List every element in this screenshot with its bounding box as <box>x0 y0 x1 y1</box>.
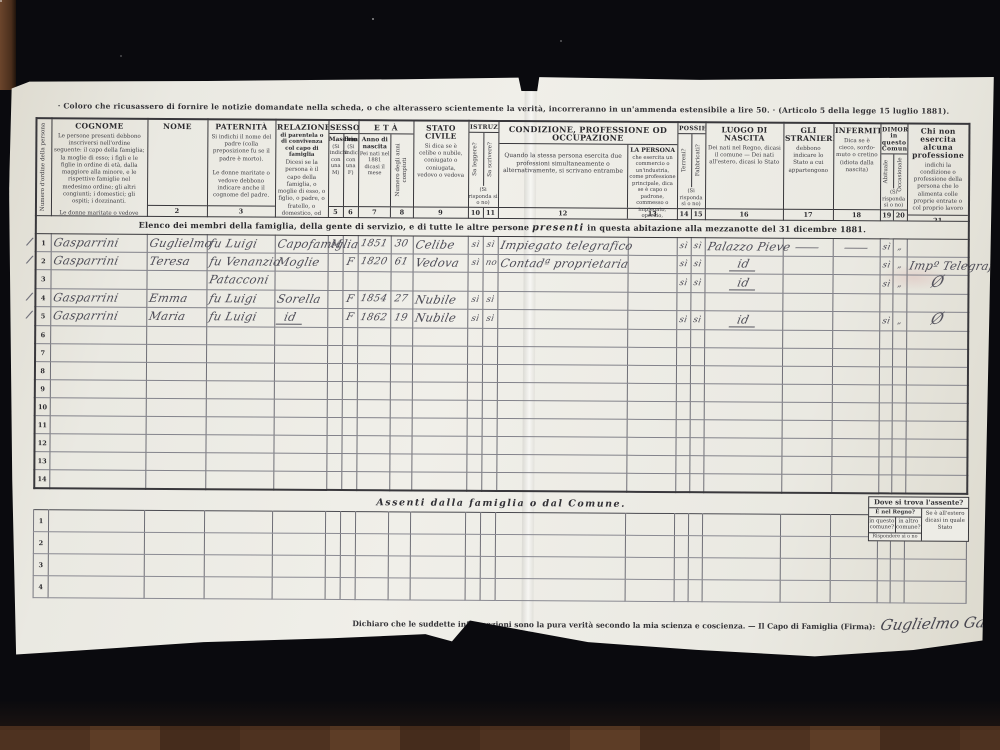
cell-m <box>327 381 342 399</box>
cell-f <box>342 346 357 364</box>
cell-scrive <box>482 272 497 291</box>
cell-legge: sì <box>467 309 482 328</box>
cell-stato <box>412 328 467 346</box>
cell-paternita: fu Venanzio <box>207 253 275 271</box>
cell-scrive <box>482 346 497 364</box>
cell-occasionale <box>891 475 905 494</box>
cell-fabbricati <box>690 348 704 366</box>
cell-legge <box>467 418 482 436</box>
cell-terreni: sì <box>677 256 691 274</box>
cell-abituale: sì <box>880 239 893 257</box>
cell-scrive: sì <box>483 236 498 254</box>
cell-abituale <box>878 475 891 494</box>
handwritten-entry: fu Luigi <box>208 236 259 250</box>
cell-n: 12 <box>34 434 49 452</box>
cell-f <box>341 454 356 472</box>
cell-terreni <box>676 402 690 420</box>
pencil-tick: / <box>26 253 33 267</box>
assenti-rows: 1234 <box>33 510 967 604</box>
cell-paternita <box>206 399 274 417</box>
handwritten-entry: 1851 <box>360 238 389 249</box>
cell-terreni <box>676 366 690 384</box>
cell-relazione <box>274 399 327 417</box>
cell-cond <box>497 328 627 347</box>
cell-cond2 <box>626 437 675 455</box>
cell-nome <box>145 470 205 489</box>
cell-paternita <box>205 435 273 453</box>
assenti-cell-stranieri <box>780 580 830 602</box>
cell-anni <box>390 272 412 291</box>
handwritten-entry: Emma <box>147 290 188 304</box>
column-header-chi-non-esercita: Chi non esercita alcuna professione indi… <box>907 123 970 221</box>
handwritten-entry: M <box>329 237 343 249</box>
cell-fabbricati: sì <box>691 238 705 256</box>
cell-abituale <box>879 367 892 385</box>
column-header-istruzione: ISTRUZIONE Sa leggere? Sa scrivere? (Si … <box>468 121 499 219</box>
cell-m <box>327 417 342 435</box>
cell-relazione <box>273 435 326 453</box>
assenti-cell-stranieri <box>780 558 830 580</box>
cell-paternita <box>206 363 274 381</box>
cell-luogo <box>704 366 782 384</box>
cell-chi: Ø <box>907 275 969 294</box>
cell-fabbricati <box>690 384 704 402</box>
assenti-cell-n: 1 <box>33 510 48 532</box>
cell-cognome <box>50 270 146 290</box>
cell-occasionale: „ <box>892 312 906 331</box>
assenti-cell-nome <box>144 576 204 598</box>
cell-scrive <box>481 436 496 454</box>
cell-luogo <box>704 384 782 402</box>
assenti-cell-m <box>325 577 340 599</box>
cell-scrive <box>482 364 497 382</box>
assenti-cell-m <box>325 511 340 533</box>
cell-luogo <box>704 438 782 456</box>
assenti-cell-paternita <box>204 511 272 533</box>
cell-fabbricati <box>690 293 704 311</box>
cell-cognome <box>49 434 145 453</box>
cell-relazione <box>274 363 327 381</box>
assenti-cell-relazione <box>272 533 325 555</box>
assenti-cell-cond2 <box>625 579 674 601</box>
head-of-family-signature: Guglielmo Gasparrini <box>879 611 1000 634</box>
cell-n: 11 <box>35 416 50 434</box>
wood-shadow <box>0 700 1000 730</box>
cell-scrive <box>482 400 497 418</box>
cell-cond: Contadª proprietaria <box>498 254 628 273</box>
cell-legge <box>467 272 482 291</box>
cell-infermita <box>831 475 878 494</box>
assenti-cell-paternita <box>204 533 272 555</box>
cell-scrive <box>482 382 497 400</box>
column-header-stato-civile: STATO CIVILE Si dica se è celibe o nubil… <box>413 120 469 218</box>
cell-n: 7 <box>35 344 50 362</box>
cell-occasionale: „ <box>893 257 907 275</box>
handwritten-entry: „ <box>896 279 903 289</box>
assenti-cell-stranieri <box>780 514 830 536</box>
cell-stranieri <box>782 348 832 366</box>
cell-stato <box>411 454 466 472</box>
cell-n: 8 <box>35 362 50 380</box>
cell-abituale <box>879 331 892 349</box>
cell-stranieri <box>782 420 832 438</box>
cell-abituale <box>879 403 892 421</box>
cell-luogo <box>703 474 781 493</box>
cell-anno <box>356 472 389 491</box>
cell-infermita <box>832 421 879 439</box>
handwritten-entry: Gasparrini <box>52 235 120 249</box>
cell-cond2 <box>627 419 676 437</box>
cell-chi <box>906 349 968 367</box>
cell-nome <box>145 434 205 452</box>
assenti-cell-fabbricati <box>688 580 702 602</box>
cell-abituale <box>879 439 892 457</box>
cell-scrive: no <box>483 254 498 272</box>
handwritten-entry: Capofamiglia <box>276 236 360 250</box>
assenti-cell-cond2 <box>625 513 674 535</box>
cell-anno <box>357 400 390 418</box>
cell-luogo <box>704 348 782 366</box>
handwritten-entry: sì <box>485 295 495 305</box>
cell-luogo: id <box>704 311 782 330</box>
cell-luogo: Palazzo Pieve <box>705 238 783 256</box>
cell-stato <box>411 436 466 454</box>
cell-infermita <box>833 257 880 275</box>
assenti-cell-cond2 <box>625 557 674 579</box>
main-census-table: Numero d'ordine della persona COGNOME Le… <box>33 117 970 495</box>
cell-chi <box>907 239 969 257</box>
column-header-dimora: DIMORA in questo Comune Abituale Occasio… <box>880 123 908 221</box>
handwritten-entry: sì <box>881 279 891 289</box>
assenti-cell-paternita <box>204 577 272 599</box>
cell-abituale: sì <box>879 312 892 331</box>
cell-occasionale <box>892 367 906 385</box>
cell-scrive <box>481 454 496 472</box>
cell-abituale <box>879 385 892 403</box>
assenti-cell-cond <box>495 534 625 557</box>
cell-stato <box>412 400 467 418</box>
cell-anno <box>357 272 390 291</box>
cell-cognome: Gasparrini <box>50 289 146 308</box>
cell-paternita: Patacconi <box>206 271 274 290</box>
assenti-cell-legge <box>465 578 480 600</box>
census-sheet: · Coloro che ricusassero di fornire le n… <box>6 71 996 661</box>
assenti-cell-cond <box>495 512 625 535</box>
cell-anni <box>390 364 412 382</box>
assenti-cell-n: 4 <box>33 576 48 598</box>
cell-infermita <box>832 385 879 403</box>
handwritten-entry: sì <box>485 313 495 323</box>
cell-anno <box>357 382 390 400</box>
cell-terreni <box>675 456 689 474</box>
cell-relazione <box>274 327 327 345</box>
handwritten-entry: — <box>792 239 824 253</box>
cell-chi <box>906 331 968 349</box>
assenti-cell-terreni <box>674 514 688 536</box>
cell-cond <box>496 436 626 455</box>
cell-terreni <box>676 384 690 402</box>
assenti-cell-luogo <box>702 558 780 580</box>
cell-terreni: sì <box>676 311 690 330</box>
cell-paternita <box>206 327 274 345</box>
cell-anno <box>357 328 390 346</box>
cell-cond <box>497 291 627 310</box>
census-rows: 1/GasparriniGuglielmofu LuigiCapofamigli… <box>34 234 969 494</box>
assenti-cell-fabbricati <box>688 558 702 580</box>
cell-occasionale <box>891 457 905 475</box>
handwritten-entry: „ <box>896 316 903 326</box>
cell-stranieri <box>782 311 832 330</box>
cell-n: 4/ <box>35 289 50 307</box>
cell-occasionale <box>892 294 906 312</box>
assenti-cell-relazione <box>272 511 325 533</box>
handwritten-entry: Ø <box>929 309 945 329</box>
declaration-line: Dichiaro che le suddette informazioni so… <box>352 610 968 632</box>
cell-anno <box>357 346 390 364</box>
handwritten-entry: sì <box>693 241 703 251</box>
handwritten-entry: Palazzo Pieve <box>706 239 792 253</box>
assenti-cell-anno <box>355 556 388 578</box>
assenti-cell-occasionale <box>890 581 904 603</box>
cell-cognome <box>50 380 146 399</box>
cell-n: 1/ <box>36 234 51 252</box>
cell-f: F <box>342 291 357 309</box>
cell-legge <box>467 382 482 400</box>
cell-f: F <box>342 309 357 328</box>
assenti-cell-f <box>340 534 355 556</box>
cell-chi <box>906 385 968 403</box>
cell-f <box>342 382 357 400</box>
cell-stato <box>412 346 467 364</box>
cell-nome <box>146 362 206 380</box>
cell-m <box>327 308 342 327</box>
cell-terreni <box>676 438 690 456</box>
column-header-sesso: SESSO Maschio (Si indichi con una M) Fem… <box>328 120 359 218</box>
cell-chi <box>906 421 968 439</box>
handwritten-entry: fu Luigi <box>207 291 258 305</box>
handwritten-entry: id <box>275 309 304 324</box>
header-row: Numero d'ordine della persona COGNOME Le… <box>36 118 970 221</box>
cell-cond2 <box>627 383 676 401</box>
cell-m <box>327 271 342 290</box>
handwritten-entry: F <box>345 293 355 305</box>
cell-luogo <box>704 402 782 420</box>
cell-occasionale: „ <box>893 239 907 257</box>
cell-m <box>327 399 342 417</box>
handwritten-entry: 1820 <box>360 256 389 267</box>
assenti-cell-f <box>340 556 355 578</box>
cell-terreni: sì <box>677 238 691 256</box>
cell-n: 14 <box>34 470 49 489</box>
handwritten-entry: sì <box>693 259 703 269</box>
cell-terreni <box>676 330 690 348</box>
cell-cond2 <box>627 292 676 310</box>
assenti-cell-stato <box>410 578 465 600</box>
assenti-cell-legge <box>465 534 480 556</box>
handwritten-entry: sì <box>470 295 480 305</box>
cell-infermita <box>832 367 879 385</box>
cell-cognome <box>50 344 146 363</box>
cell-luogo <box>703 456 781 474</box>
cell-scrive <box>482 328 497 346</box>
assenti-cell-terreni <box>674 558 688 580</box>
assenti-cell-infermita <box>830 559 877 581</box>
cell-relazione <box>273 453 326 471</box>
census-photo: · Coloro che ricusassero di fornire le n… <box>0 0 1000 750</box>
cell-nome <box>146 380 206 398</box>
cell-cond <box>496 454 626 473</box>
column-header-condizione: CONDIZIONE, PROFESSIONE OD OCCUPAZIONE Q… <box>498 121 678 220</box>
handwritten-entry: Ø <box>929 272 945 292</box>
cell-f <box>341 472 356 491</box>
cell-legge <box>466 454 481 472</box>
cell-terreni <box>676 348 690 366</box>
cell-scrive <box>482 418 497 436</box>
cell-m <box>327 363 342 381</box>
handwritten-entry: Celibe <box>414 237 456 251</box>
cell-m <box>327 327 342 345</box>
handwritten-entry: Moglie <box>276 254 321 268</box>
cell-anno: 1851 <box>358 236 391 254</box>
cell-occasionale <box>892 349 906 367</box>
cell-terreni: sì <box>676 274 690 293</box>
cell-f <box>342 400 357 418</box>
cell-occasionale <box>892 331 906 349</box>
assenti-cell-scrive <box>480 578 495 600</box>
cell-f <box>342 328 357 346</box>
cell-relazione <box>274 417 327 435</box>
cell-cond2 <box>627 273 676 292</box>
assenti-cell-f <box>340 578 355 600</box>
cell-cognome <box>50 362 146 381</box>
column-header-infermita: INFERMITÀ Dica se è cieco, sordo-muto o … <box>833 123 881 221</box>
cell-legge: sì <box>468 254 483 272</box>
handwritten-entry: Gasparrini <box>51 308 119 322</box>
handwritten-entry: id <box>729 256 758 271</box>
handwritten-entry: Guglielmo <box>148 235 213 249</box>
cell-paternita: fu Luigi <box>207 235 275 253</box>
cell-infermita <box>831 457 878 475</box>
cell-infermita <box>833 275 880 294</box>
handwritten-entry: Gasparrini <box>51 290 119 304</box>
handwritten-entry: Maria <box>147 309 186 323</box>
assenti-cell-legge <box>465 512 480 534</box>
cell-nome <box>145 452 205 470</box>
cell-cond <box>497 272 627 292</box>
assenti-cell-occasionale <box>890 559 904 581</box>
cell-luogo <box>704 330 782 348</box>
cell-f <box>341 436 356 454</box>
assenti-cell-abituale <box>877 559 890 581</box>
penalty-instruction-line: · Coloro che ricusassero di fornire le n… <box>40 101 968 116</box>
assenti-cell-n: 3 <box>33 554 48 576</box>
cell-stranieri <box>781 474 831 493</box>
assenti-cell-stato <box>410 556 465 578</box>
assenti-cell-anni <box>388 512 410 534</box>
cell-chi <box>906 403 968 421</box>
cell-n: 9 <box>35 380 50 398</box>
column-header-eta: E T À Anno di nascita Pei nati nel 1881 … <box>358 120 414 218</box>
cell-cognome <box>50 326 146 345</box>
cell-cond2 <box>627 401 676 419</box>
assenti-cell-stato <box>410 512 465 534</box>
handwritten-entry: — <box>841 240 873 254</box>
cell-anni <box>390 382 412 400</box>
assenti-cell-luogo <box>702 514 780 536</box>
column-header-luogo-nascita: LUOGO DI NASCITA Dei nati nel Regno, dic… <box>705 122 784 220</box>
handwritten-entry: 1862 <box>359 312 388 323</box>
cell-cond2 <box>627 310 676 329</box>
cell-stranieri <box>783 274 833 293</box>
cell-m <box>326 453 341 471</box>
cell-f <box>342 364 357 382</box>
handwritten-entry: sì <box>679 241 689 251</box>
assenti-cell-chi <box>904 559 966 581</box>
assenti-cell-paternita <box>204 555 272 577</box>
cell-cond <box>497 418 627 437</box>
cell-anni: 19 <box>390 309 412 328</box>
assenti-cell-scrive <box>480 512 495 534</box>
cell-legge <box>467 346 482 364</box>
handwritten-entry: sì <box>693 278 703 288</box>
handwritten-entry: Teresa <box>148 253 192 267</box>
cell-anni: 30 <box>391 236 413 254</box>
cell-n: 5/ <box>35 307 50 326</box>
cell-stranieri <box>781 456 831 474</box>
cell-anno: 1820 <box>358 254 391 272</box>
handwritten-entry: Sorella <box>275 291 321 305</box>
cell-cond <box>497 400 627 419</box>
cell-legge: sì <box>468 236 483 254</box>
cell-abituale <box>879 421 892 439</box>
handwritten-entry: id <box>729 312 758 327</box>
cell-cond <box>497 346 627 365</box>
column-header-stranieri: GLI STRANIERI debbono indicare lo Stato … <box>783 123 834 221</box>
handwritten-entry: Impº Telegrafico fº <box>908 258 1000 273</box>
assenti-cell-anni <box>388 556 410 578</box>
assenti-cell-luogo <box>702 536 780 558</box>
column-header-nome: NOME 2 <box>147 119 208 217</box>
assenti-cell-nome <box>144 532 204 554</box>
handwritten-entry: sì <box>485 240 495 250</box>
cell-anni <box>390 418 412 436</box>
cell-anno: 1862 <box>357 309 390 328</box>
cell-fabbricati: sì <box>691 256 705 274</box>
cell-stranieri <box>782 293 832 311</box>
cell-chi <box>905 457 967 475</box>
cell-terreni <box>676 420 690 438</box>
handwritten-entry: sì <box>881 316 891 326</box>
assenti-cell-fabbricati <box>688 514 702 536</box>
cell-legge <box>467 328 482 346</box>
cell-chi <box>906 439 968 457</box>
handwritten-entry: Impiegato telegrafico <box>499 238 634 253</box>
assenti-cell-cond2 <box>625 535 674 557</box>
cell-n: 13 <box>34 452 49 470</box>
cell-anno <box>356 436 389 454</box>
cell-m <box>326 435 341 453</box>
cell-anni <box>389 454 411 472</box>
assenti-cell-scrive <box>480 534 495 556</box>
cell-occasionale <box>892 421 906 439</box>
assenti-cell-infermita <box>830 581 877 603</box>
cell-m <box>327 345 342 363</box>
cell-cond <box>496 472 626 491</box>
cell-cond2 <box>627 347 676 365</box>
handwritten-entry: id <box>729 275 758 290</box>
cell-f <box>342 418 357 436</box>
cell-cond2 <box>626 473 675 492</box>
